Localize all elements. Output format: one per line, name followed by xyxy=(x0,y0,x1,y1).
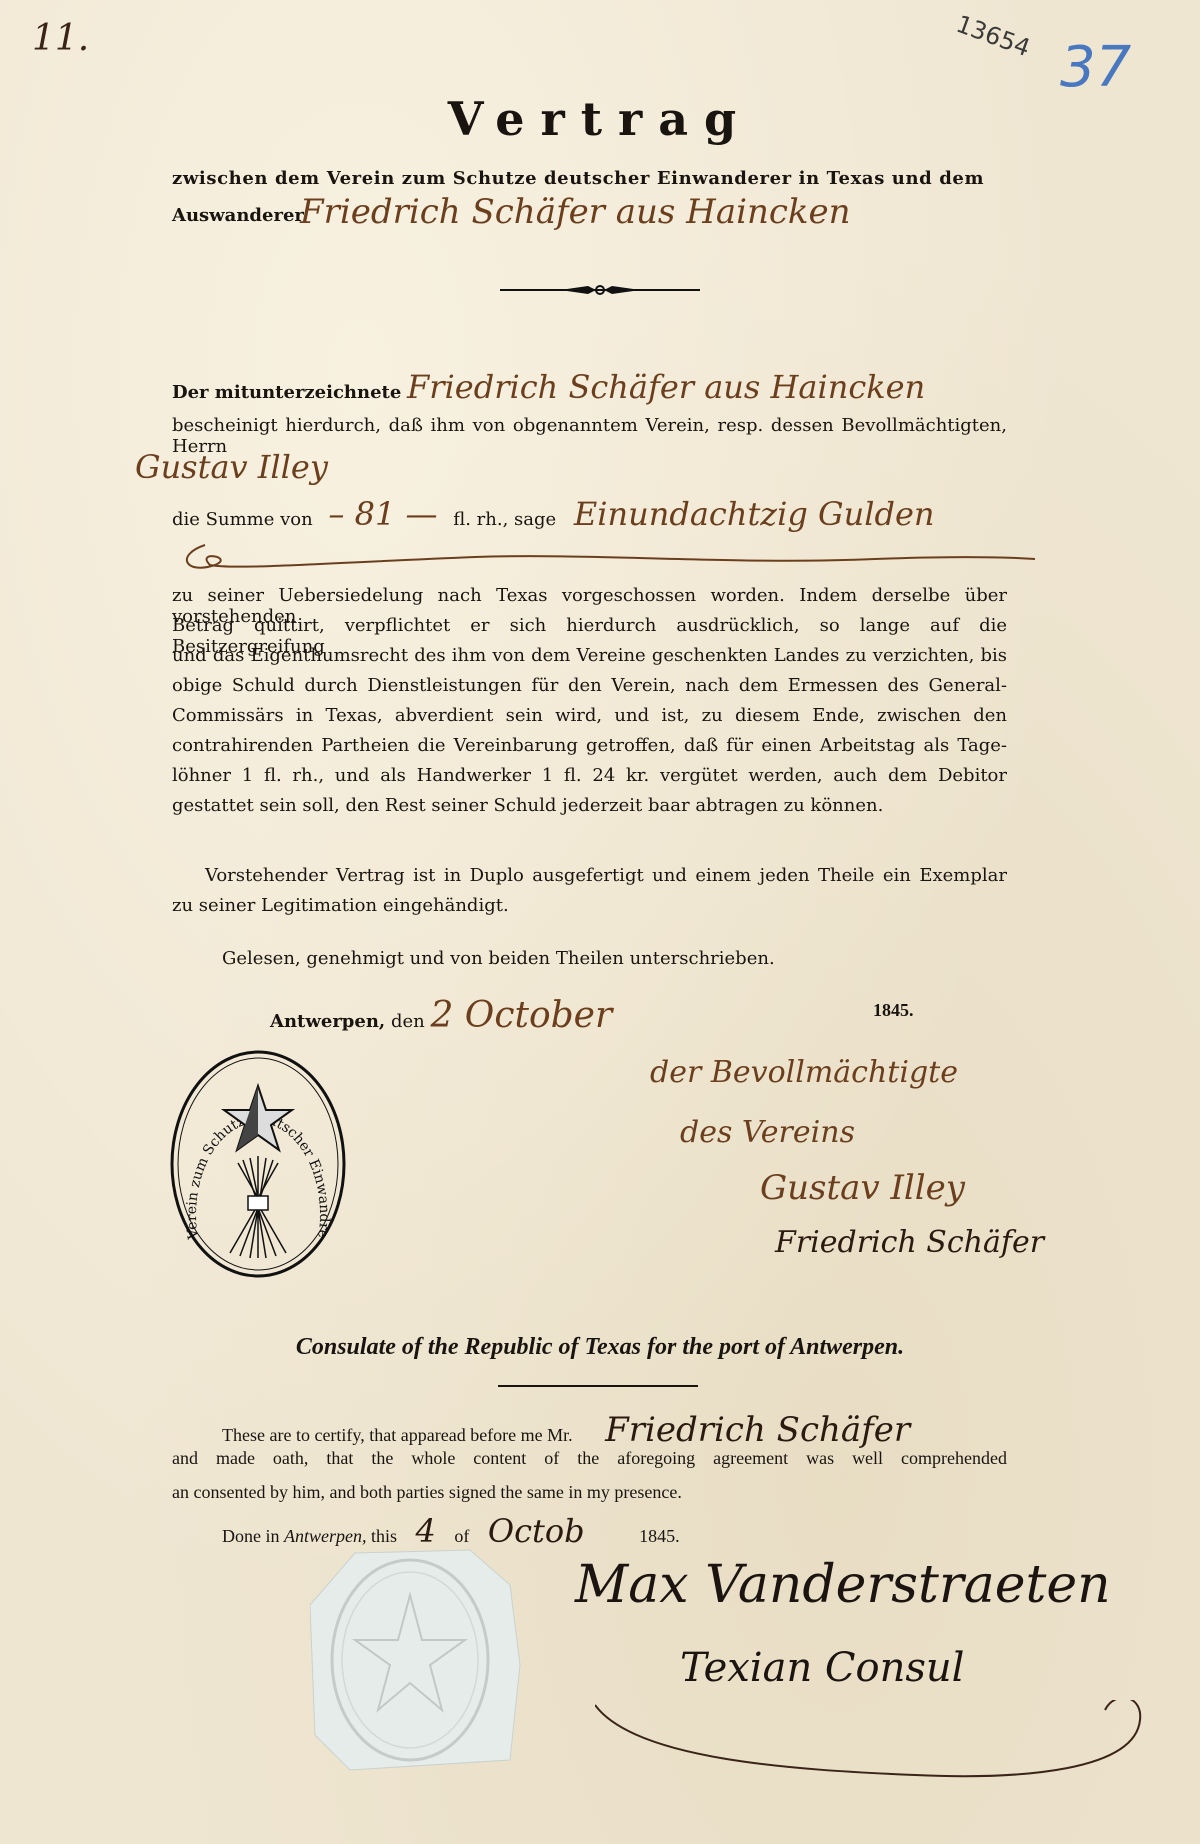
signature-emigrant: Friedrich Schäfer xyxy=(775,1225,1044,1260)
consulate-paper-seal-icon xyxy=(310,1545,530,1775)
done-prefix: Done in xyxy=(222,1526,280,1546)
seal-text: Verein zum Schutz deutscher Einwandrer i… xyxy=(168,1048,332,1241)
body-line: gestattet sein soll, den Rest seiner Sch… xyxy=(172,795,1007,816)
receipt-name-handwritten: Friedrich Schäfer aus Haincken xyxy=(407,368,925,406)
dateline-date-handwritten: 2 October xyxy=(430,995,612,1036)
done-this: this xyxy=(371,1526,397,1546)
done-place: Antwerpen, xyxy=(284,1526,367,1546)
signature-line: der Bevollmächtigte xyxy=(650,1055,958,1090)
body-line: contrahirenden Partheien die Vereinbarun… xyxy=(172,735,1007,756)
document-title: Vertrag xyxy=(0,92,1200,146)
body-line: obige Schuld durch Dienstleistungen für … xyxy=(172,675,1007,696)
done-of: of xyxy=(454,1526,469,1546)
consul-signature: Max Vanderstraeten xyxy=(575,1555,1111,1615)
duplicate-line: zu seiner Legitimation eingehändigt. xyxy=(172,895,1007,916)
body-line: löhner 1 fl. rh., und als Handwerker 1 f… xyxy=(172,765,1007,786)
consulate-heading: Consulate of the Republic of Texas for t… xyxy=(0,1334,1200,1361)
certify-prefix: These are to certify, that apparead befo… xyxy=(222,1425,573,1445)
signature-flourish xyxy=(595,1700,1155,1790)
agent-name-handwritten: Gustav Illey xyxy=(135,448,328,486)
archive-catalog-number: 13654 xyxy=(953,10,1034,62)
sum-prefix: die Summe von xyxy=(172,509,313,530)
emigrant-label: Auswanderer xyxy=(172,205,304,226)
sum-words-handwritten: Einundachtzig Gulden xyxy=(574,495,935,533)
dateline: Antwerpen, den 2 October xyxy=(270,995,612,1036)
receipt-line-1: Der mitunterzeichnete Friedrich Schäfer … xyxy=(172,368,925,406)
consulate-divider xyxy=(498,1385,698,1387)
signature-line: des Vereins xyxy=(680,1115,855,1150)
duplicate-line: Vorstehender Vertrag ist in Duplo ausgef… xyxy=(205,865,1007,886)
sum-currency: fl. rh., sage xyxy=(453,509,556,530)
consul-title: Texian Consul xyxy=(680,1645,964,1691)
svg-text:Verein zum Schutz deutscher Ei: Verein zum Schutz deutscher Einwandrer i… xyxy=(168,1048,332,1241)
society-seal-icon: Verein zum Schutz deutscher Einwandrer i… xyxy=(168,1048,348,1280)
body-line: Commissärs in Texas, abverdient sein wir… xyxy=(172,705,1007,726)
sum-line: die Summe von – 81 — fl. rh., sage Einun… xyxy=(172,495,934,533)
certify-line-3: an consented by him, and both parties si… xyxy=(172,1482,682,1503)
certify-line-2: and made oath, that the whole content of… xyxy=(172,1448,1007,1469)
archive-folio-number: 11. xyxy=(32,18,89,59)
emigrant-name-handwritten: Friedrich Schäfer aus Haincken xyxy=(300,192,851,232)
ornament-divider xyxy=(500,284,700,296)
dateline-year: 1845. xyxy=(873,1000,914,1021)
archive-blue-number: 37 xyxy=(1060,35,1131,100)
dateline-den: den xyxy=(391,1011,425,1032)
signature-agent: Gustav Illey xyxy=(760,1168,965,1208)
certify-name-handwritten: Friedrich Schäfer xyxy=(605,1410,910,1450)
sum-amount-handwritten: – 81 — xyxy=(328,495,437,533)
wheat-sheaf-icon xyxy=(230,1156,286,1258)
handwritten-flourish-line xyxy=(175,535,1045,575)
receipt-prefix: Der mitunterzeichnete xyxy=(172,382,401,403)
star-icon xyxy=(224,1086,292,1150)
done-year: 1845. xyxy=(639,1526,680,1546)
read-approved-line: Gelesen, genehmigt und von beiden Theile… xyxy=(222,948,775,969)
document-subtitle: zwischen dem Verein zum Schutze deutsche… xyxy=(172,168,984,189)
dateline-place: Antwerpen, xyxy=(270,1011,385,1032)
body-line: und das Eigenthumsrecht des ihm von dem … xyxy=(172,645,1007,666)
certify-line: These are to certify, that apparead befo… xyxy=(222,1410,910,1450)
